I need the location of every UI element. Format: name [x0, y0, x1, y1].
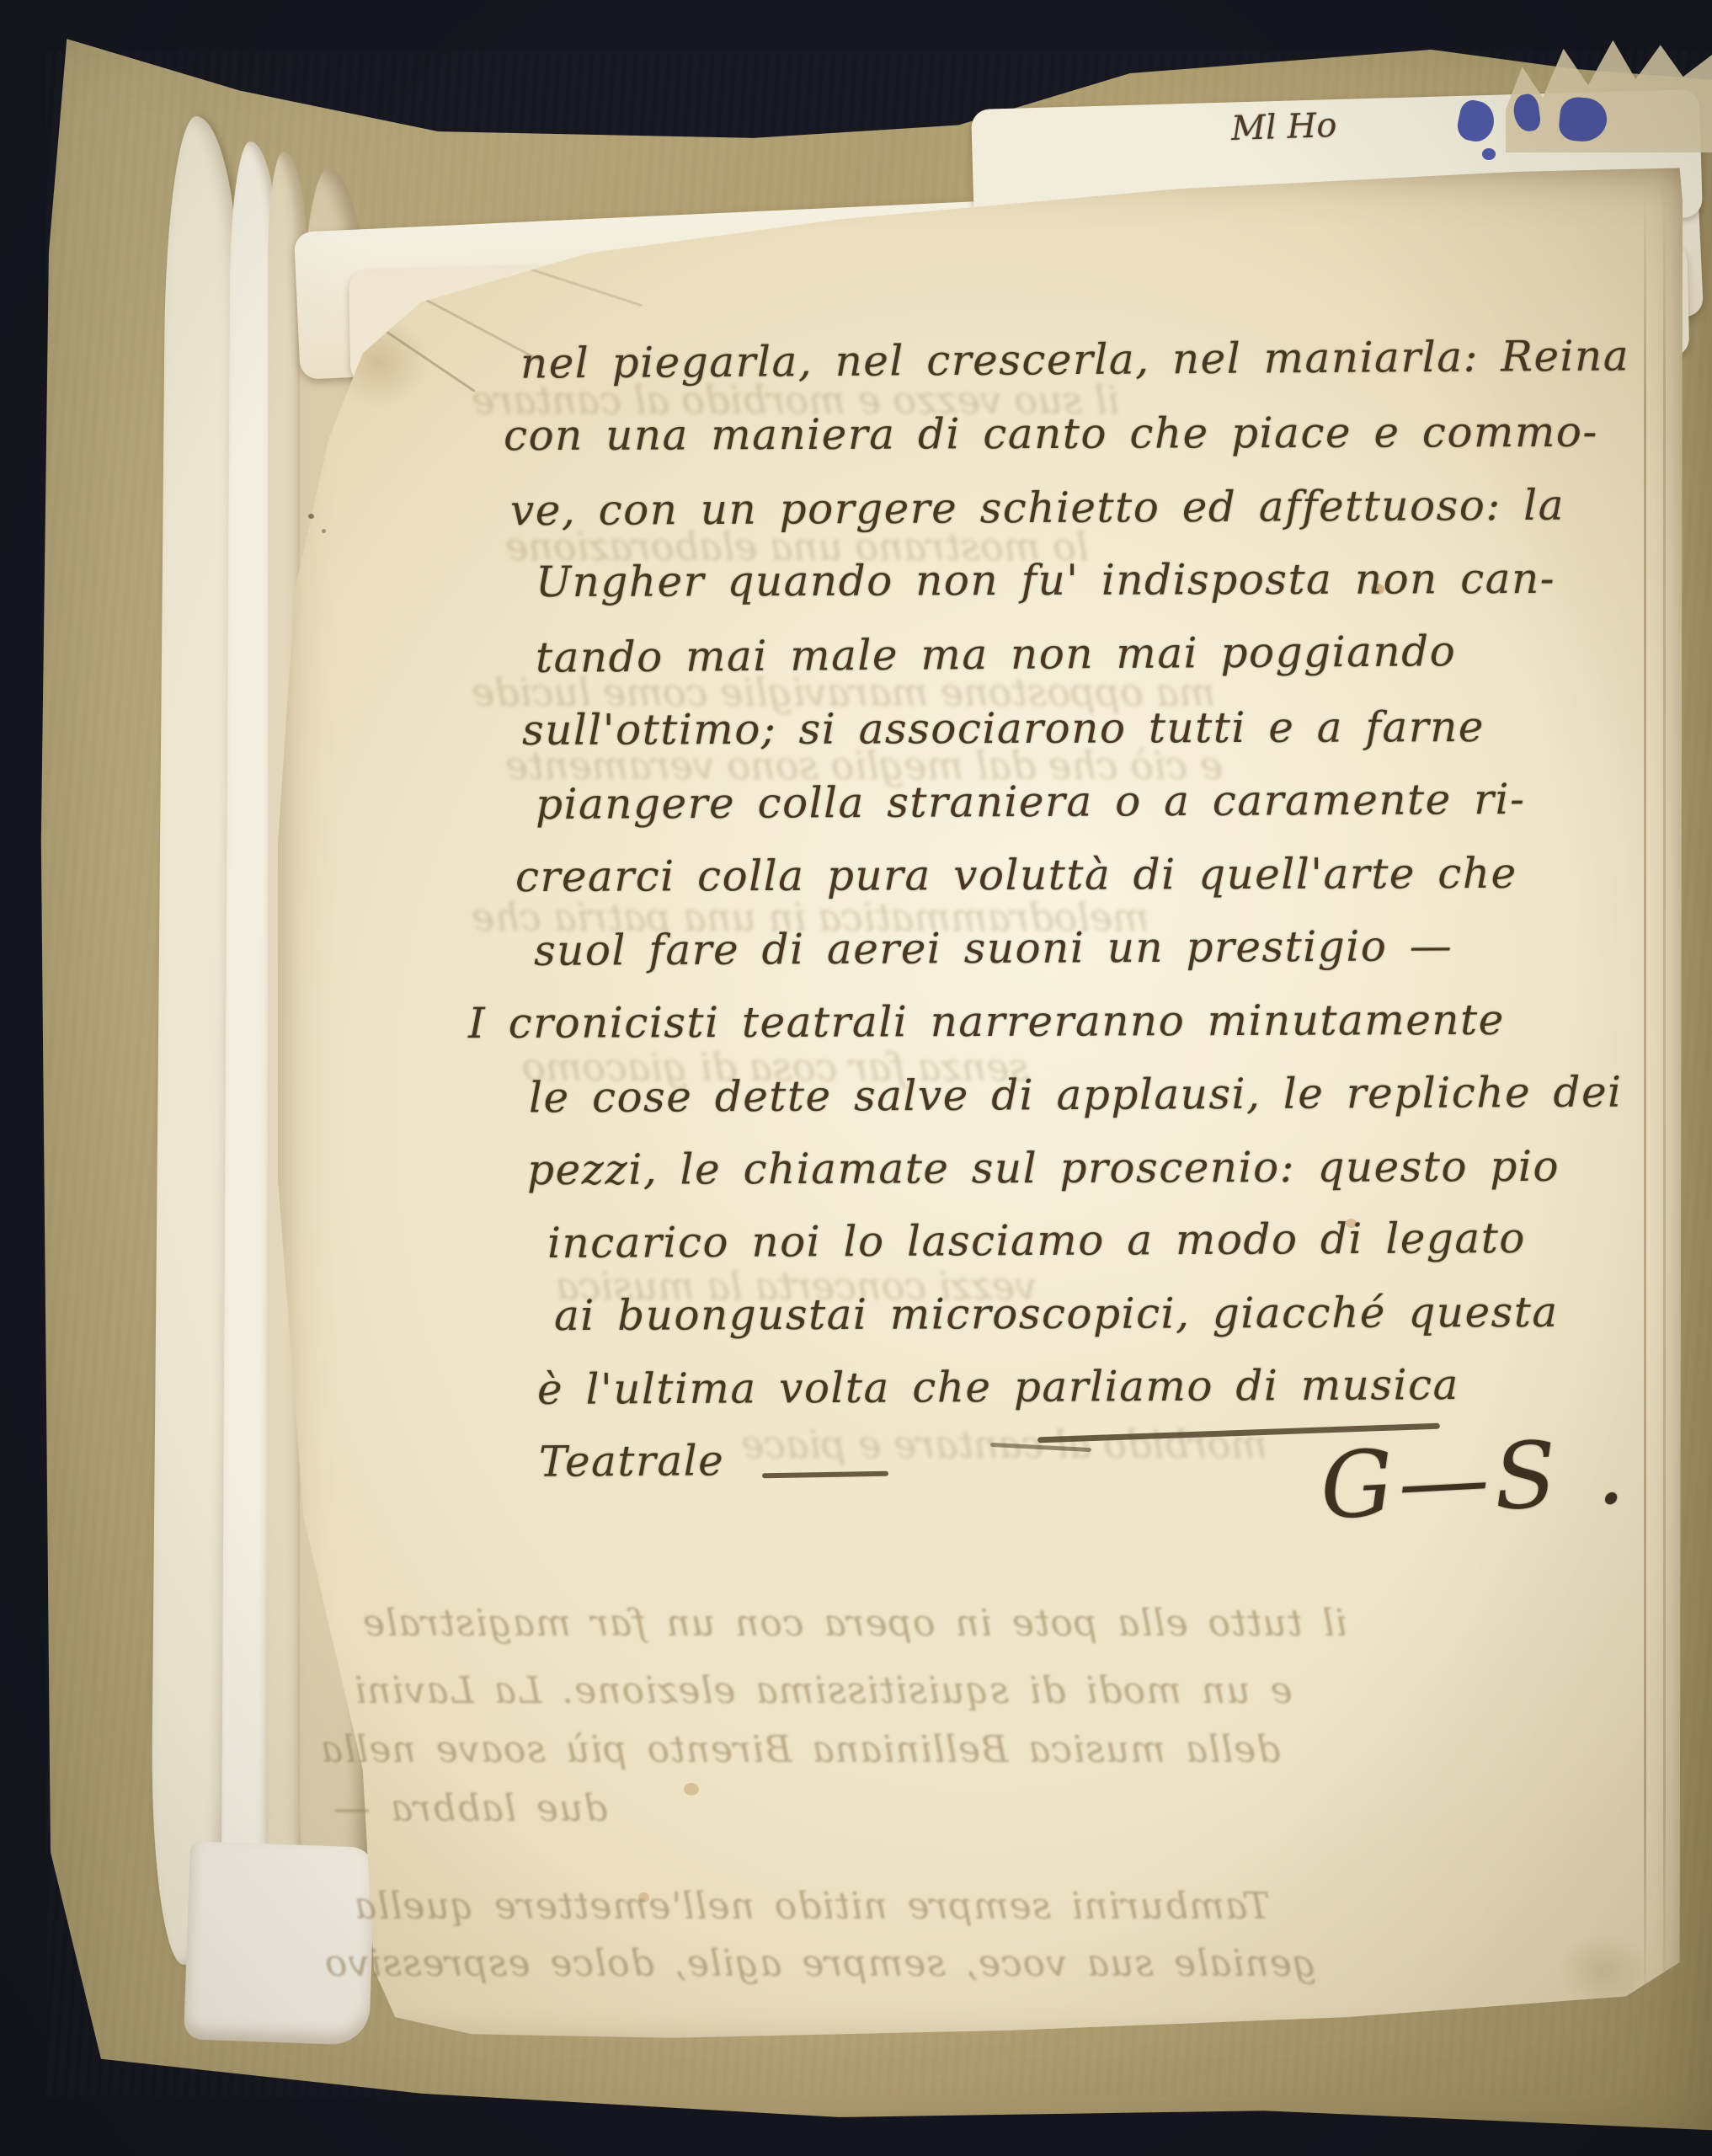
handwritten-line: con una maniera di canto che piace e com… [504, 408, 1598, 461]
ink-bleedthrough-line: due labbra — [333, 1787, 607, 1830]
handwritten-line: tando mai male ma non mai poggiando [536, 627, 1457, 682]
handwritten-line: sull'ottimo; si associarono tutti e a fa… [522, 702, 1485, 755]
frayed-paper-fibers [1506, 30, 1712, 152]
handwritten-line: è l'ultima volta che parliamo di musica [537, 1360, 1459, 1414]
handwritten-line: suol fare di aerei suoni un prestigio — [534, 921, 1453, 975]
ink-bleedthrough-line: Tamburini sempre nitido nell'emettere qu… [354, 1885, 1270, 1928]
handwritten-line: I cronicisti teatrali narreranno minutam… [468, 995, 1505, 1048]
handwritten-line: pezzi, le chiamate sul proscenio: questo… [527, 1142, 1560, 1194]
ink-bleedthrough-line: della musica Belliniana Birento più soav… [320, 1728, 1280, 1771]
ink-bleedthrough-line: il tutto ella pote in opera con un far m… [362, 1602, 1347, 1645]
handwritten-line: le cose dette salve di applausi, le repl… [529, 1068, 1623, 1123]
handwritten-line: incarico noi lo lasciamo a modo di legat… [547, 1214, 1526, 1267]
ink-dot [322, 529, 326, 533]
ink-bleedthrough-line: geniale sua voce, sempre agile, dolce es… [324, 1942, 1316, 1985]
fox-stain [684, 1783, 699, 1796]
manuscript-photo: Ml Ho il suo vezzo e morbido al cantare … [0, 0, 1712, 2156]
ink-dot [308, 514, 314, 519]
handwritten-line: Ungher quando non fu' indisposta non can… [536, 554, 1555, 606]
handwritten-line: ve, con un porgere schietto ed affettuos… [510, 481, 1565, 536]
handwritten-line: ai buongustai microscopici, giacché ques… [554, 1288, 1559, 1340]
handwritten-line: crearci colla pura voluttà di quell'arte… [515, 849, 1517, 901]
signature: G—S . [1318, 1418, 1632, 1540]
verso-page-fragment-text: Ml Ho [1230, 106, 1337, 148]
page-fold-line [1663, 181, 1666, 2025]
page-fold-line [1644, 189, 1646, 2017]
ink-bleedthrough-line: e un modi di squisitissima elezione. La … [354, 1669, 1293, 1712]
handwritten-line: nel piegarla, nel crescerla, nel maniarl… [520, 331, 1629, 387]
handwritten-line: Teatrale [539, 1436, 725, 1486]
handwritten-line: piangere colla straniera o a caramente r… [536, 775, 1526, 829]
blue-ink-mark [1482, 148, 1496, 160]
